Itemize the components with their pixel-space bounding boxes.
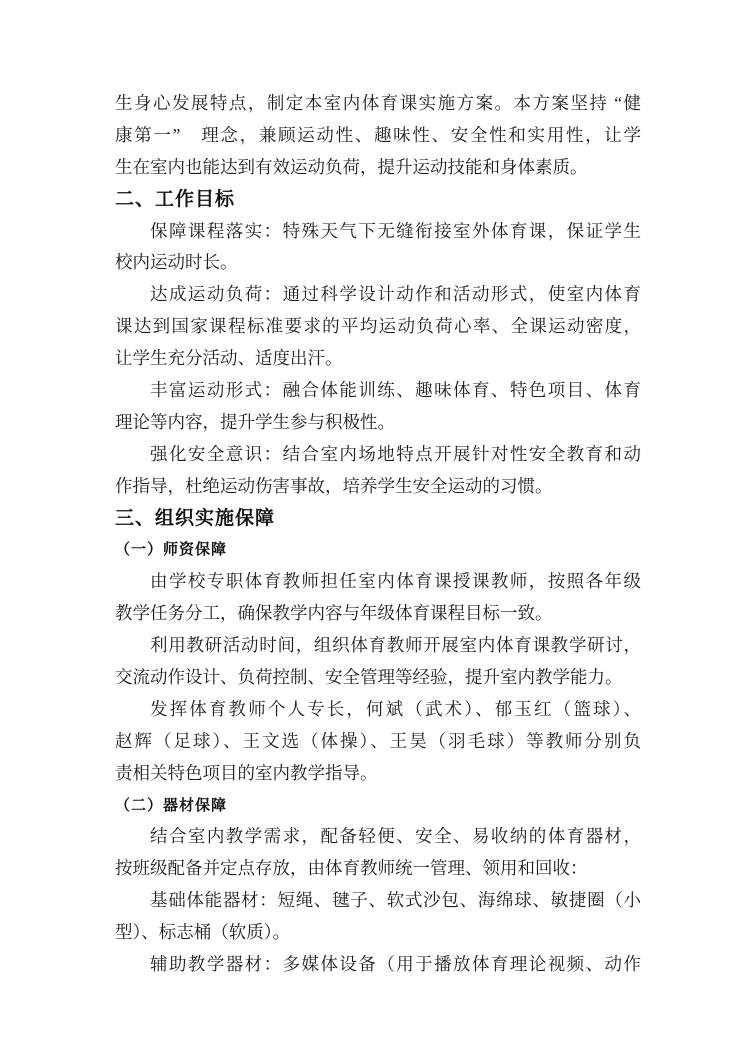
body-text-line: 按班级配备并定点存放，由体育教师统一管理、领用和回收：: [115, 853, 641, 885]
body-text-line: 赵辉（足球）、王文选（体操）、王昊（羽毛球）等教师分别负: [115, 726, 641, 758]
body-text-line: 辅助教学器材：多媒体设备（用于播放体育理论视频、动作: [115, 949, 641, 981]
body-text-line: 丰富运动形式：融合体能训练、趣味体育、特色项目、体育: [115, 375, 641, 407]
body-text-line: 基础体能器材：短绳、毽子、软式沙包、海绵球、敏捷圈（小: [115, 885, 641, 917]
body-text-line: 生身心发展特点，制定本室内体育课实施方案。本方案坚持 “健: [115, 88, 641, 120]
body-text-line: 教学任务分工，确保教学内容与年级体育课程目标一致。: [115, 598, 641, 630]
body-text-line: 利用教研活动时间，组织体育教师开展室内体育课教学研讨，: [115, 630, 641, 662]
body-text-line: 强化安全意识：结合室内场地特点开展针对性安全教育和动: [115, 439, 641, 471]
sub-heading: （二）器材保障: [115, 790, 641, 822]
sub-heading: （一）师资保障: [115, 534, 641, 566]
body-text-line: 责相关特色项目的室内教学指导。: [115, 758, 641, 790]
document-page: 生身心发展特点，制定本室内体育课实施方案。本方案坚持 “健康第一” 理念，兼顾运…: [0, 0, 750, 1061]
body-text-line: 达成运动负荷：通过科学设计动作和活动形式，使室内体育: [115, 279, 641, 311]
body-text-line: 保障课程落实：特殊天气下无缝衔接室外体育课，保证学生: [115, 216, 641, 248]
body-text-line: 交流动作设计、负荷控制、安全管理等经验，提升室内教学能力。: [115, 662, 641, 694]
body-text-line: 型）、标志桶（软质）。: [115, 917, 641, 949]
body-text-line: 作指导，杜绝运动伤害事故，培养学生安全运动的习惯。: [115, 471, 641, 503]
body-text-line: 理论等内容，提升学生参与积极性。: [115, 407, 641, 439]
body-text-line: 课达到国家课程标准要求的平均运动负荷心率、全课运动密度，: [115, 311, 641, 343]
body-text-line: 让学生充分活动、适度出汗。: [115, 343, 641, 375]
body-text-line: 校内运动时长。: [115, 247, 641, 279]
section-heading: 二、工作目标: [115, 184, 641, 216]
body-text-line: 康第一” 理念，兼顾运动性、趣味性、安全性和实用性，让学: [115, 120, 641, 152]
section-heading: 三、组织实施保障: [115, 503, 641, 535]
document-body: 生身心发展特点，制定本室内体育课实施方案。本方案坚持 “健康第一” 理念，兼顾运…: [115, 88, 641, 981]
body-text-line: 结合室内教学需求，配备轻便、安全、易收纳的体育器材，: [115, 821, 641, 853]
body-text-line: 发挥体育教师个人专长，何斌（武术）、郁玉红（篮球）、: [115, 694, 641, 726]
body-text-line: 生在室内也能达到有效运动负荷，提升运动技能和身体素质。: [115, 152, 641, 184]
body-text-line: 由学校专职体育教师担任室内体育课授课教师，按照各年级: [115, 566, 641, 598]
